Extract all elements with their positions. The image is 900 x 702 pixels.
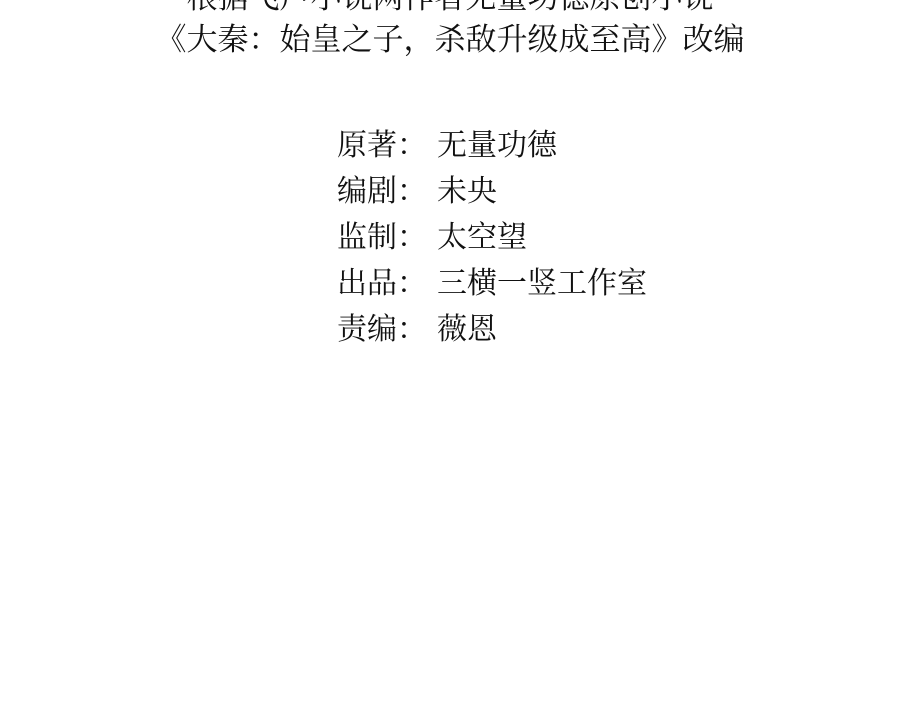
credit-original-author: 原著：无量功德 xyxy=(337,126,647,172)
credit-supervisor: 监制：太空望 xyxy=(337,218,647,264)
credit-label: 责编： xyxy=(337,310,437,350)
credit-label: 原著： xyxy=(337,126,437,166)
source-note: 根据飞卢小说网作者无量功德原创小说 xyxy=(0,0,900,18)
credit-value: 三横一竖工作室 xyxy=(437,266,647,301)
credit-value: 太空望 xyxy=(437,220,527,255)
adaptation-title: 《大秦：始皇之子，杀敌升级成至高》改编 xyxy=(0,20,900,60)
credits-list: 原著：无量功德 编剧：未央 监制：太空望 出品：三横一竖工作室 责编：薇恩 xyxy=(337,126,647,356)
credit-value: 未央 xyxy=(437,174,497,209)
credit-editor: 责编：薇恩 xyxy=(337,310,647,356)
credit-screenwriter: 编剧：未央 xyxy=(337,172,647,218)
credit-label: 出品： xyxy=(337,264,437,304)
credit-label: 监制： xyxy=(337,218,437,258)
credit-value: 无量功德 xyxy=(437,128,557,163)
credit-value: 薇恩 xyxy=(437,312,497,347)
credit-label: 编剧： xyxy=(337,172,437,212)
credit-producer: 出品：三横一竖工作室 xyxy=(337,264,647,310)
